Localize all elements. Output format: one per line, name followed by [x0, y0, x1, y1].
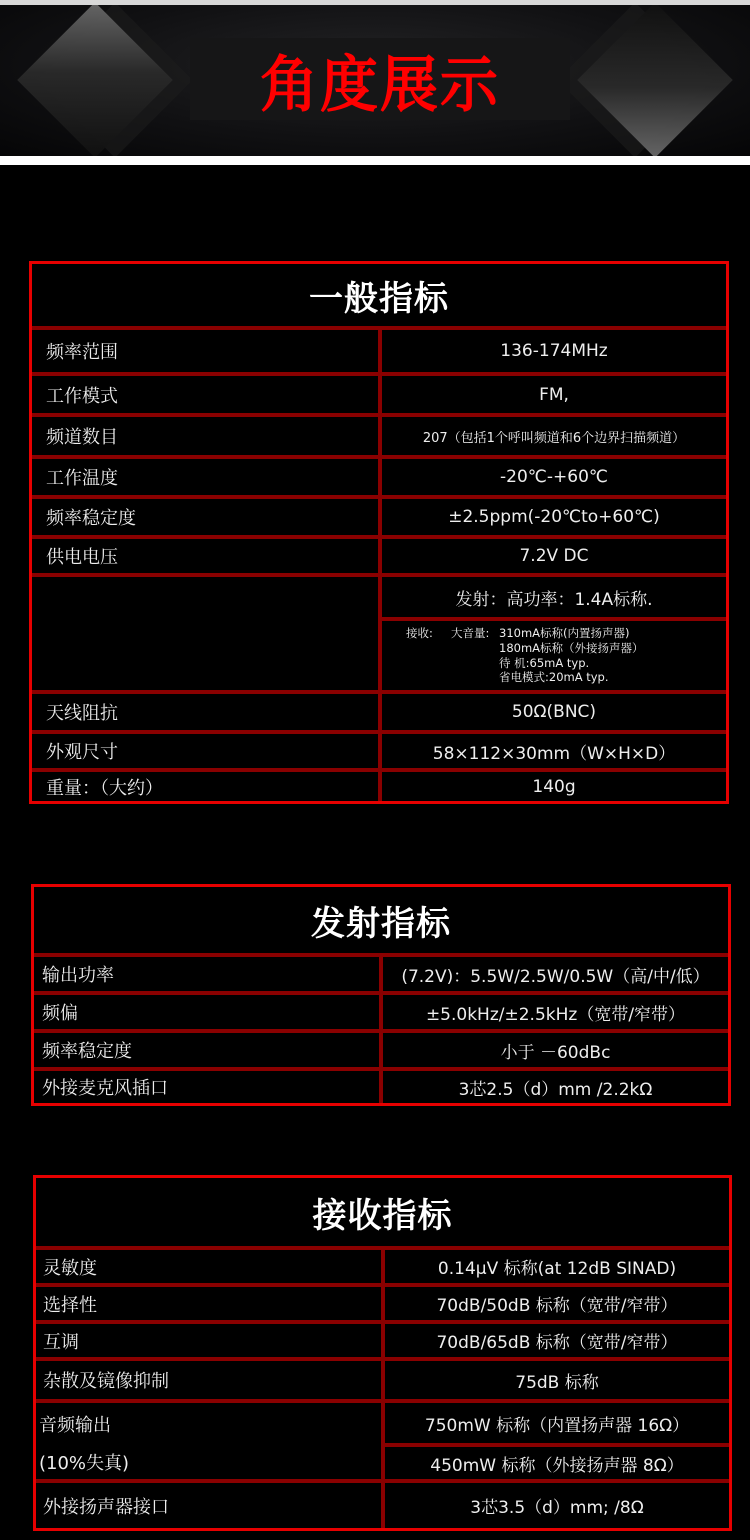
row-value: 75dB 标称: [381, 1361, 729, 1399]
rx-current-external: 180mA标称（外接扬声器）: [406, 641, 644, 656]
general-spec-title: 一般指标: [32, 264, 726, 326]
row-value: FM,: [378, 376, 726, 413]
table-row: 外观尺寸 58×112×30mm（W×H×D）: [32, 730, 726, 768]
row-label: 重量：（大约）: [46, 772, 163, 801]
table-row-current: 发射：高功率：1.4A标称. 接收: 大音量: 310mA标称(内置扬声器) 1…: [32, 573, 726, 690]
table-row: 重量：（大约） 140g: [32, 768, 726, 801]
row-value-internal-speaker: 750mW 标称（内置扬声器 16Ω）: [381, 1403, 729, 1443]
table-row: 频率稳定度 ±2.5ppm(-20℃to+60℃): [32, 495, 726, 535]
row-label: 输出功率: [42, 957, 114, 991]
row-label: 供电电压: [46, 539, 118, 573]
transmit-spec-title: 发射指标: [34, 887, 728, 953]
row-value-external-speaker: 450mW 标称（外接扬声器 8Ω）: [381, 1443, 729, 1479]
row-label: 外接麦克风插口: [42, 1071, 168, 1103]
diamond-right-decoration: [577, 5, 733, 156]
row-value: 58×112×30mm（W×H×D）: [378, 734, 726, 768]
rx-label: 接收:: [406, 626, 451, 641]
row-label: 互调: [43, 1324, 79, 1357]
row-value: 70dB/50dB 标称（宽带/窄带）: [381, 1287, 729, 1320]
table-row: 频率范围 136-174MHz: [32, 326, 726, 372]
general-spec-table: 一般指标 频率范围 136-174MHz 工作模式 FM, 频道数目 207（包…: [29, 261, 729, 804]
table-row: 频率稳定度 小于 －60dBc: [34, 1029, 728, 1067]
row-label-distortion: (10%失真): [39, 1445, 129, 1479]
table-row: 天线阻抗 50Ω(BNC): [32, 690, 726, 730]
row-value: 207（包括1个呼叫频道和6个边界扫描频道）: [378, 417, 726, 455]
diamond-left-decoration: [17, 5, 173, 156]
table-row: 外接麦克风插口 3芯2.5（d）mm /2.2kΩ: [34, 1067, 728, 1103]
banner: 角度展示: [0, 5, 750, 156]
row-value: 140g: [378, 772, 726, 801]
receive-spec-table: 接收指标 灵敏度 0.14μV 标称(at 12dB SINAD) 选择性 70…: [33, 1175, 732, 1531]
table-row: 灵敏度 0.14μV 标称(at 12dB SINAD): [36, 1246, 729, 1283]
row-label: 天线阻抗: [46, 694, 118, 730]
row-value: 3芯2.5（d）mm /2.2kΩ: [379, 1071, 728, 1103]
row-label: 工作温度: [46, 459, 118, 495]
row-label: 频率稳定度: [42, 1033, 132, 1067]
standby-current: 待 机:65mA typ.: [406, 656, 589, 671]
row-label: 频道数目: [46, 417, 118, 455]
row-value: 70dB/65dB 标称（宽带/窄带）: [381, 1324, 729, 1357]
row-value: 50Ω(BNC): [378, 694, 726, 730]
row-value: 0.14μV 标称(at 12dB SINAD): [381, 1250, 729, 1283]
row-label: 频率稳定度: [46, 499, 136, 535]
row-label: 外接扬声器接口: [43, 1483, 169, 1528]
row-value: ±5.0kHz/±2.5kHz（宽带/窄带）: [379, 995, 728, 1029]
row-label: 音频输出: [39, 1403, 111, 1445]
receive-spec-title: 接收指标: [36, 1178, 729, 1246]
table-row: 互调 70dB/65dB 标称（宽带/窄带）: [36, 1320, 729, 1357]
row-value: (7.2V)：5.5W/2.5W/0.5W（高/中/低）: [379, 957, 728, 991]
row-value: 小于 －60dBc: [379, 1033, 728, 1067]
table-row: 外接扬声器接口 3芯3.5（d）mm; /8Ω: [36, 1479, 729, 1528]
row-value-tx-current: 发射：高功率：1.4A标称.: [378, 577, 726, 617]
banner-title-box: 角度展示: [190, 38, 570, 120]
row-value: 136-174MHz: [378, 330, 726, 372]
row-value-rx-current: 接收: 大音量: 310mA标称(内置扬声器) 180mA标称（外接扬声器） 待…: [378, 617, 726, 690]
row-label: 频率范围: [46, 330, 118, 372]
row-label: 灵敏度: [43, 1250, 97, 1283]
row-value: -20℃-+60℃: [378, 459, 726, 495]
rx-current-internal: 310mA标称(内置扬声器): [499, 626, 630, 641]
rx-current-line-1: 接收: 大音量: 310mA标称(内置扬声器): [406, 626, 630, 641]
table-row: 频道数目 207（包括1个呼叫频道和6个边界扫描频道）: [32, 413, 726, 455]
table-row: 工作温度 -20℃-+60℃: [32, 455, 726, 495]
row-value: 3芯3.5（d）mm; /8Ω: [381, 1483, 729, 1528]
volume-label: 大音量:: [451, 626, 499, 641]
table-row: 选择性 70dB/50dB 标称（宽带/窄带）: [36, 1283, 729, 1320]
row-label: 杂散及镜像抑制: [43, 1361, 169, 1399]
table-row: 杂散及镜像抑制 75dB 标称: [36, 1357, 729, 1399]
row-label: 频偏: [42, 995, 78, 1029]
row-label: 选择性: [43, 1287, 97, 1320]
table-row: 频偏 ±5.0kHz/±2.5kHz（宽带/窄带）: [34, 991, 728, 1029]
transmit-spec-table: 发射指标 输出功率 (7.2V)：5.5W/2.5W/0.5W（高/中/低） 频…: [31, 884, 731, 1106]
banner-title: 角度展示: [260, 35, 500, 123]
power-save-current: 省电模式:20mA typ.: [406, 670, 609, 685]
row-value: 7.2V DC: [378, 539, 726, 573]
table-row: 供电电压 7.2V DC: [32, 535, 726, 573]
table-row-audio-output: 音频输出 (10%失真) 750mW 标称（内置扬声器 16Ω） 450mW 标…: [36, 1399, 729, 1479]
table-row: 工作模式 FM,: [32, 372, 726, 413]
row-label: 外观尺寸: [46, 734, 118, 768]
divider-strip: [0, 156, 750, 165]
table-row: 输出功率 (7.2V)：5.5W/2.5W/0.5W（高/中/低）: [34, 953, 728, 991]
row-value: ±2.5ppm(-20℃to+60℃): [378, 499, 726, 535]
row-label: 工作模式: [46, 376, 118, 413]
